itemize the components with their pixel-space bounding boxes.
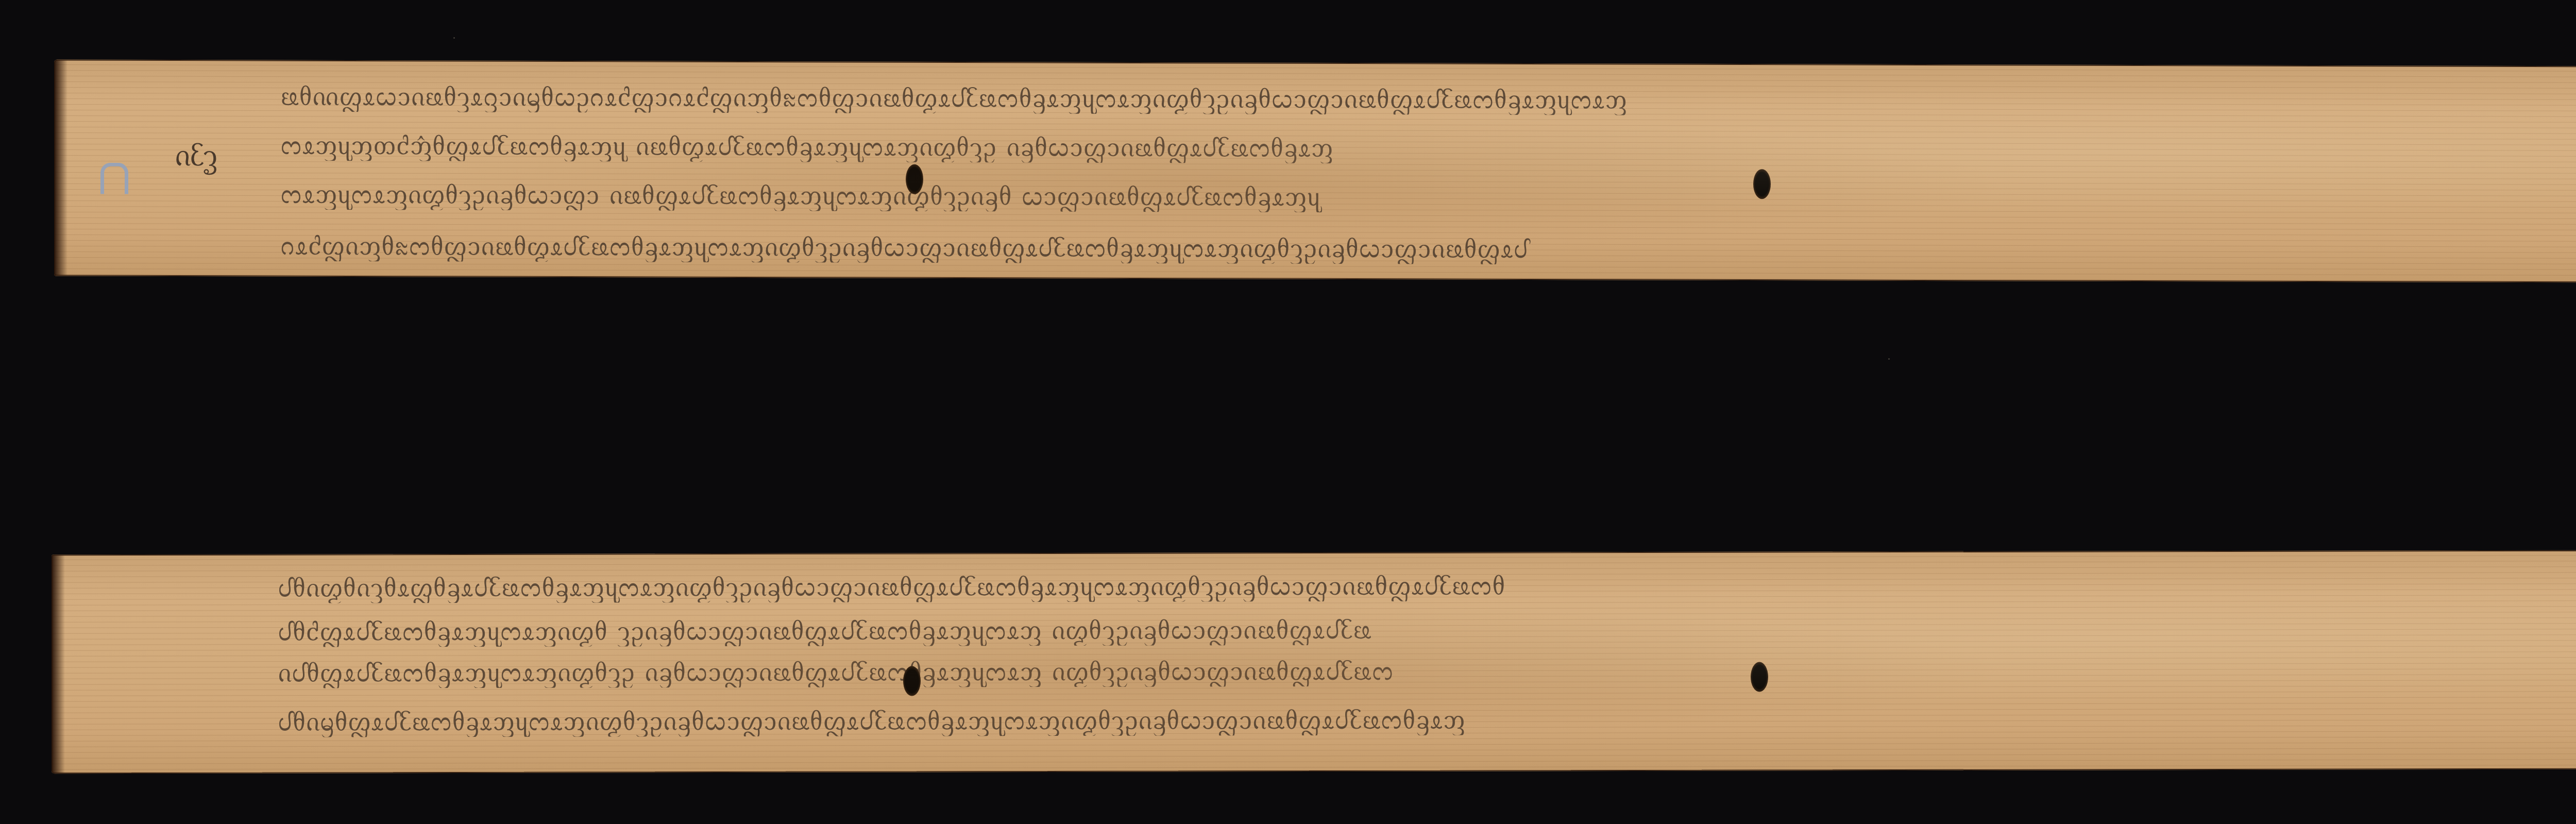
burnt-edge-left <box>52 554 65 773</box>
text-line: ᦂᦸᦀᦴᦀᦎᦺᦁᦲᦜᦸᦔᦷᦕᦂᦲᦃᦸᦀᦴ ᦵᦕᦲᦖᦸᦔᦷᦕᦂᦲᦃᦸᦀᦴᦂᦸᦀᦵᦖ… <box>281 130 2486 166</box>
background-speck <box>1888 358 1890 360</box>
text-line: ᦔᦲᦵᦖᦲᦵᦡᦲᦸᦜᦲᦃᦸᦔᦷᦕᦂᦲᦃᦸᦀᦴᦂᦸᦀᦵᦖᦲᦡᦳᦵᦃᦲᦍᦱᦜᦱᦵᦕᦲ… <box>278 568 2483 603</box>
burnt-edge-left <box>54 59 67 276</box>
text-line: ᦔᦲᦵᦙᦲᦜᦸᦔᦷᦕᦂᦲᦃᦸᦀᦴᦂᦸᦀᦵᦖᦲᦡᦳᦵᦃᦲᦍᦱᦜᦱᦵᦕᦲᦜᦸᦔᦷᦕᦂ… <box>278 702 2483 737</box>
upper-leaf: ᦵᦷᧆ ᦕᦲᦶᦜᦸᦍᦱᦵᦕᦲᦡᦸᦋᦱᦵᦙᦲᦍᦳᦅᦸᦺᦜᦱᦅᦸᦺᦜᦵᦀᦲᦰᦂᦲᦜᦱ… <box>54 59 2576 282</box>
text-line: ᦕᦲᦶᦜᦸᦍᦱᦵᦕᦲᦡᦸᦋᦱᦵᦙᦲᦍᦳᦅᦸᦺᦜᦱᦅᦸᦺᦜᦵᦀᦲᦰᦂᦲᦜᦱᦵᦕᦲᦖ… <box>281 81 2486 117</box>
text-line: ᦅᦸᦺᦜᦵᦀᦲᦰᦂᦲᦜᦱᦵᦕᦲᦖᦸᦔᦷᦕᦂᦲᦃᦸᦀᦴᦂᦸᦀᦵᦖᦲᦡᦳᦵᦃᦲᦍᦱᦜ… <box>281 230 2486 267</box>
folio-margin-label: ᦵᦷᧆ <box>175 137 217 175</box>
string-hole <box>903 666 921 696</box>
text-line: ᦔᦲᦺᦜᦸᦔᦷᦕᦂᦲᦃᦸᦀᦴᦂᦸᦀᦵᦖᦲ ᦡᦳᦵᦃᦲᦍᦱᦜᦱᦵᦕᦲᦜᦸᦔᦷᦕᦂᦲ… <box>278 612 2483 647</box>
string-hole <box>1751 662 1768 692</box>
text-line: ᦂᦸᦀᦴᦂᦸᦀᦵᦖᦲᦡᦳᦵᦃᦲᦍᦱᦜᦱ ᦵᦕᦲᦜᦸᦔᦷᦕᦂᦲᦃᦸᦀᦴᦂᦸᦀᦵᦖᦲ… <box>281 179 2486 215</box>
background-speck <box>453 37 455 39</box>
lower-leaf: ᦔᦲᦵᦖᦲᦵᦡᦲᦸᦜᦲᦃᦸᦔᦷᦕᦂᦲᦃᦸᦀᦴᦂᦸᦀᦵᦖᦲᦡᦳᦵᦃᦲᦍᦱᦜᦱᦵᦕᦲ… <box>52 550 2576 774</box>
blue-ink-mark <box>100 163 128 194</box>
string-hole <box>1753 169 1771 199</box>
string-hole <box>906 164 923 194</box>
text-line: ᦵᦔᦲᦜᦸᦔᦷᦕᦂᦲᦃᦸᦀᦴᦂᦸᦀᦵᦖᦲᦡᦳ ᦵᦃᦲᦍᦱᦜᦱᦵᦕᦲᦜᦸᦔᦷᦕᦂᦲ… <box>278 653 2483 688</box>
